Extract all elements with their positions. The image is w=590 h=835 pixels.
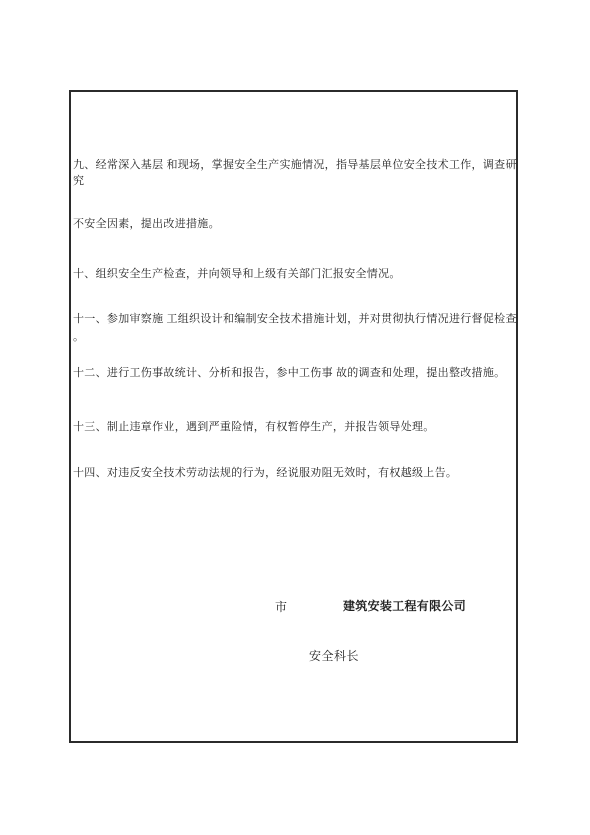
signature-company-name: 建筑安装工程有限公司 xyxy=(343,597,466,614)
document-page: 九、经常深入基层 和现场，掌握安全生产实施情况，指导基层单位安全技术工作，调查研… xyxy=(0,0,590,835)
document-frame: 九、经常深入基层 和现场，掌握安全生产实施情况，指导基层单位安全技术工作，调查研… xyxy=(69,90,518,743)
clause-14: 十四、对违反安全技术劳动法规的行为，经说服劝阻无效时，有权越级上告。 xyxy=(73,466,457,480)
clause-9-line-1: 九、经常深入基层 和现场，掌握安全生产实施情况，指导基层单位安全技术工作，调查研 xyxy=(73,158,517,172)
clause-10: 十、组织安全生产检查，并向领导和上级有关部门汇报安全情况。 xyxy=(73,267,401,281)
signature-role-title: 安全科长 xyxy=(309,647,359,664)
clause-11-line-2: 。 xyxy=(73,330,84,344)
clause-12: 十二、进行工伤事故统计、分析和报告，参中工伤事 故的调查和处理，提出整改措施。 xyxy=(73,366,505,380)
clause-11-line-1: 十一、参加审察施 工组织设计和编制安全技术措施计划，并对贯彻执行情况进行督促检查 xyxy=(73,312,517,326)
clause-13: 十三、制止违章作业，遇到严重险情，有权暂停生产，并报告领导处理。 xyxy=(73,420,435,434)
signature-city-prefix: 市 xyxy=(275,598,287,615)
clause-9-line-2: 究 xyxy=(73,174,84,188)
clause-9-continuation: 不安全因素，提出改进措施。 xyxy=(73,217,220,231)
